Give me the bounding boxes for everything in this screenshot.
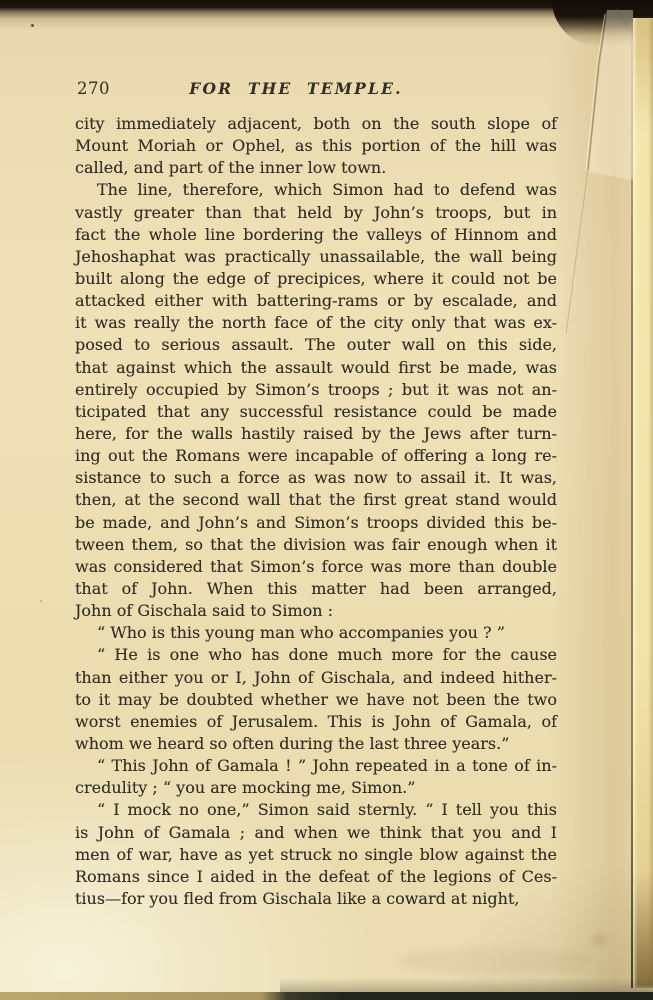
- text-line: men of war, have as yet struck no single…: [75, 844, 557, 866]
- text-line: The line, therefore, which Simon had to …: [75, 179, 557, 201]
- text-line: attacked either with battering-rams or b…: [75, 290, 557, 312]
- scanned-page: 270 FOR THE TEMPLE. city immediately adj…: [0, 0, 653, 1000]
- running-title: FOR THE TEMPLE.: [75, 79, 517, 98]
- text-line: tween them, so that the division was fai…: [75, 534, 557, 556]
- text-line: sistance to such a force as was now to a…: [75, 467, 557, 489]
- text-line: John of Gischala said to Simon :: [75, 600, 557, 622]
- text-line: vastly greater than that held by John’s …: [75, 202, 557, 224]
- text-line: posed to serious assault. The outer wall…: [75, 334, 557, 356]
- text-line: to it may be doubted whether we have not…: [75, 689, 557, 711]
- text-line: “ Who is this young man who accompanies …: [75, 622, 557, 644]
- text-line: tius—for you fled from Gischala like a c…: [75, 888, 557, 910]
- text-line: fact the whole line bordering the valley…: [75, 224, 557, 246]
- dust-speck: [31, 24, 34, 27]
- text-line: credulity ; “ you are mocking me, Simon.…: [75, 777, 557, 799]
- paper-smudge: [592, 934, 606, 946]
- text-line: here, for the walls hastily raised by th…: [75, 423, 557, 445]
- text-line: that against which the assault would fir…: [75, 357, 557, 379]
- text-line: than either you or I, John of Gischala, …: [75, 667, 557, 689]
- dust-speck: [40, 600, 42, 602]
- bottom-edge-shadow: [0, 992, 653, 1000]
- bottom-page-curl-shadow: [280, 978, 653, 992]
- text-line: Romans since I aided in the defeat of th…: [75, 866, 557, 888]
- text-line: Jehoshaphat was practically unassailable…: [75, 246, 557, 268]
- text-line: entirely occupied by Simon’s troops ; bu…: [75, 379, 557, 401]
- text-line: built along the edge of precipices, wher…: [75, 268, 557, 290]
- text-line: ticipated that any successful resistance…: [75, 401, 557, 423]
- text-line: that of John. When this matter had been …: [75, 578, 557, 600]
- text-line: called, and part of the inner low town.: [75, 157, 557, 179]
- text-line: worst enemies of Jerusalem. This is John…: [75, 711, 557, 733]
- text-line: was considered that Simon’s force was mo…: [75, 556, 557, 578]
- text-line: city immediately adjacent, both on the s…: [75, 113, 557, 135]
- text-line: is John of Gamala ; and when we think th…: [75, 822, 557, 844]
- text-line: Mount Moriah or Ophel, as this portion o…: [75, 135, 557, 157]
- text-line: ing out the Romans were incapable of off…: [75, 445, 557, 467]
- text-line: it was really the north face of the city…: [75, 312, 557, 334]
- text-line: “ I mock no one,” Simon said sternly. “ …: [75, 799, 557, 821]
- text-line: whom we heard so often during the last t…: [75, 733, 557, 755]
- text-line: “ He is one who has done much more for t…: [75, 644, 557, 666]
- page-header: 270 FOR THE TEMPLE.: [75, 79, 557, 99]
- paper-smudge: [400, 948, 590, 974]
- text-line: be made, and John’s and Simon’s troops d…: [75, 512, 557, 534]
- text-line: then, at the second wall that the first …: [75, 489, 557, 511]
- page-text: city immediately adjacent, both on the s…: [75, 113, 557, 910]
- text-line: “ This John of Gamala ! ” John repeated …: [75, 755, 557, 777]
